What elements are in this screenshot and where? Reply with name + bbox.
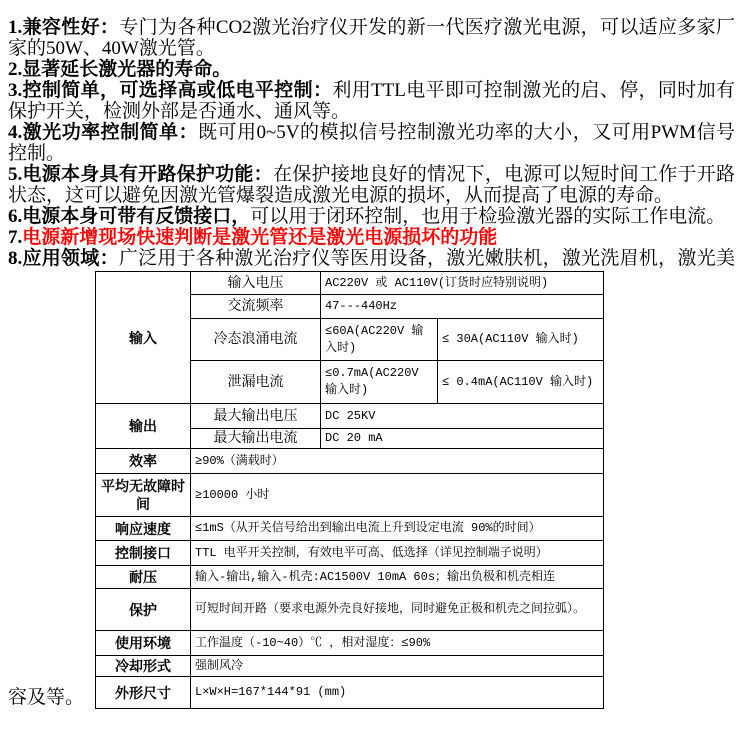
cell-environment-value: 工作温度（-10~40）℃ ，相对湿度：≤90%: [191, 631, 604, 656]
cell-max-out-current-value: DC 20 mA: [321, 429, 604, 449]
cell-efficiency-label: 效率: [96, 449, 191, 474]
feature-item-6: 6.电源本身可带有反馈接口，可以用于闭环控制，也用于检验激光器的实际工作电流。: [8, 206, 735, 227]
feature-item-8: 8.应用领域：广泛用于各种激光治疗仪等医用设备，激光嫩肤机，激光洗眉机，激光美: [8, 248, 735, 269]
cell-withstand-value: 输入-输出,输入-机壳:AC1500V 10mA 60s；输出负极和机壳相连: [191, 566, 604, 589]
cell-environment-label: 使用环境: [96, 631, 191, 656]
feature-item-7-title: 7.: [8, 227, 22, 248]
cell-dimensions-label: 外形尺寸: [96, 677, 191, 709]
feature-item-4: 4.激光功率控制简单：既可用0~5V的模拟信号控制激光功率的大小，又可用PWM信…: [8, 122, 735, 164]
cell-leakage-name: 泄漏电流: [191, 361, 321, 404]
cell-withstand-label: 耐压: [96, 566, 191, 589]
cell-control-label: 控制接口: [96, 541, 191, 566]
feature-item-8-title: 8.应用领域：: [8, 248, 119, 269]
feature-item-1-title: 1.兼容性好：: [8, 17, 119, 38]
feature-item-2-title: 2.显著延长激光器的寿命。: [8, 59, 231, 80]
feature-item-6-title: 6.电源本身可带有反馈接口，: [8, 206, 250, 227]
spec-table-zone: 容及等。 输入 输入电压 AC220V 或 AC110V(订货时应特别说明) 交…: [0, 271, 744, 709]
cell-cooling-value: 强制风冷: [191, 656, 604, 677]
feature-item-3: 3.控制简单，可选择高或低电平控制：利用TTL电平即可控制激光的启、停，同时加有…: [8, 80, 735, 122]
feature-list: 1.兼容性好：专门为各种CO2激光治疗仪开发的新一代医疗激光电源，可以适应多家厂…: [0, 0, 744, 269]
document: 1.兼容性好：专门为各种CO2激光治疗仪开发的新一代医疗激光电源，可以适应多家厂…: [0, 0, 744, 709]
table-row: 冷却形式 强制风冷: [96, 656, 604, 677]
feature-item-6-text: 可以用于闭环控制，也用于检验激光器的实际工作电流。: [250, 206, 725, 227]
table-row: 外形尺寸 L×W×H=167*144*91 (mm): [96, 677, 604, 709]
cell-group-input: 输入: [96, 272, 191, 404]
table-row: 效率 ≥90%（满载时）: [96, 449, 604, 474]
cell-mtbf-label: 平均无故障时间: [96, 474, 191, 517]
feature-item-7: 7.电源新增现场快速判断是激光管还是激光电源损坏的功能: [8, 227, 735, 248]
cell-max-out-voltage-name: 最大输出电压: [191, 404, 321, 429]
cell-protection-label: 保护: [96, 589, 191, 631]
cell-response-label: 响应速度: [96, 517, 191, 541]
spec-table: 输入 输入电压 AC220V 或 AC110V(订货时应特别说明) 交流频率 4…: [95, 271, 604, 709]
cell-efficiency-value: ≥90%（满载时）: [191, 449, 604, 474]
cell-ac-frequency-name: 交流频率: [191, 295, 321, 319]
cell-leakage-110-value: ≤ 0.4mA(AC110V 输入时): [438, 361, 604, 404]
cell-cold-surge-110-value: ≤ 30A(AC110V 输入时): [438, 319, 604, 361]
cell-protection-value: 可短时间开路（要求电源外壳良好接地，同时避免正极和机壳之间拉弧）。: [191, 589, 604, 631]
cell-mtbf-value: ≥10000 小时: [191, 474, 604, 517]
feature-item-5: 5.电源本身具有开路保护功能：在保护接地良好的情况下，电源可以短时间工作于开路状…: [8, 164, 735, 206]
cell-input-voltage-name: 输入电压: [191, 272, 321, 295]
cell-response-value: ≤1mS（从开关信号给出到输出电流上升到设定电流 90%的时间）: [191, 517, 604, 541]
feature-item-1: 1.兼容性好：专门为各种CO2激光治疗仪开发的新一代医疗激光电源，可以适应多家厂…: [8, 17, 735, 59]
cell-group-output: 输出: [96, 404, 191, 449]
table-row: 控制接口 TTL 电平开关控制，有效电平可高、低选择（详见控制端子说明）: [96, 541, 604, 566]
table-row: 平均无故障时间 ≥10000 小时: [96, 474, 604, 517]
feature-item-3-title: 3.控制简单，可选择高或低电平控制：: [8, 80, 332, 101]
table-row: 使用环境 工作温度（-10~40）℃ ，相对湿度：≤90%: [96, 631, 604, 656]
feature-item-2: 2.显著延长激光器的寿命。: [8, 59, 735, 80]
table-row: 输入 输入电压 AC220V 或 AC110V(订货时应特别说明): [96, 272, 604, 295]
feature-item-5-title: 5.电源本身具有开路保护功能：: [8, 164, 273, 185]
feature-item-7-red: 电源新增现场快速判断是激光管还是激光电源损坏的功能: [22, 227, 497, 248]
table-row: 输出 最大输出电压 DC 25KV: [96, 404, 604, 429]
cell-control-value: TTL 电平开关控制，有效电平可高、低选择（详见控制端子说明）: [191, 541, 604, 566]
table-row: 保护 可短时间开路（要求电源外壳良好接地，同时避免正极和机壳之间拉弧）。: [96, 589, 604, 631]
cell-dimensions-value: L×W×H=167*144*91 (mm): [191, 677, 604, 709]
cell-ac-frequency-value: 47---440Hz: [321, 295, 604, 319]
cell-leakage-220-value: ≤0.7mA(AC220V 输入时): [321, 361, 438, 404]
feature-item-8-text: 广泛用于各种激光治疗仪等医用设备，激光嫩肤机，激光洗眉机，激光美: [119, 248, 735, 269]
cell-cooling-label: 冷却形式: [96, 656, 191, 677]
cell-cold-surge-name: 冷态浪涌电流: [191, 319, 321, 361]
cell-cold-surge-220-value: ≤60A(AC220V 输入时): [321, 319, 438, 361]
feature-item-4-title: 4.激光功率控制简单：: [8, 122, 198, 143]
table-row: 耐压 输入-输出,输入-机壳:AC1500V 10mA 60s；输出负极和机壳相…: [96, 566, 604, 589]
cell-max-out-current-name: 最大输出电流: [191, 429, 321, 449]
paragraph-tail-text: 容及等。: [8, 271, 95, 709]
cell-max-out-voltage-value: DC 25KV: [321, 404, 604, 429]
table-row: 响应速度 ≤1mS（从开关信号给出到输出电流上升到设定电流 90%的时间）: [96, 517, 604, 541]
cell-input-voltage-value: AC220V 或 AC110V(订货时应特别说明): [321, 272, 604, 295]
